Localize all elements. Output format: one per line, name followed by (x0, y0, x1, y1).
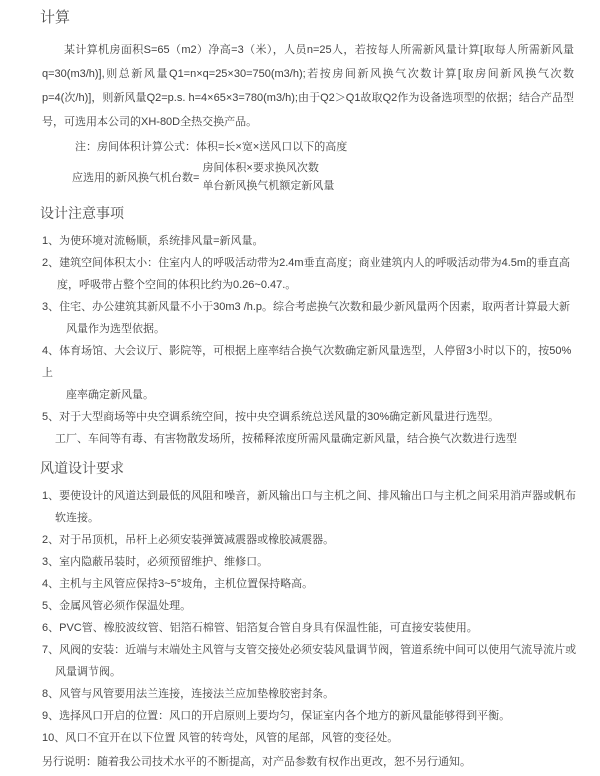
list-item: 7、风阀的安装：近端与末端处主风管与支管交接处必须安装风量调节阀，管道系统中间可… (42, 639, 574, 661)
item-number: 2、 (42, 252, 59, 274)
formula-numerator: 房间体积×要求换风次数 (202, 159, 334, 177)
duct-design-list: 1、要使设计的风道达到最低的风阻和噪音，新风输出口与主机之间、排风输出口与主机之… (42, 485, 574, 749)
list-item: 3、住宅、办公建筑其新风量不小于30m3 /h.p。综合考虑换气次数和最少新风量… (42, 296, 574, 318)
item-number: 8、 (42, 683, 59, 705)
item-text: 选择风口开启的位置：风口的开启原则上要均匀，保证室内各个地方的新风量能够得到平衡… (59, 710, 510, 722)
design-notes-list: 1、为使环境对流畅顺，系统排风量=新风量。2、建筑空间体积太小：住室内人的呼吸活… (42, 230, 574, 450)
item-text: 室内隐蔽吊装时，必须预留维护、维修口。 (59, 556, 268, 568)
formula-denominator: 单台新风换气机额定新风量 (202, 177, 334, 195)
item-text: 住宅、办公建筑其新风量不小于30m3 /h.p。综合考虑换气次数和最少新风量两个… (59, 301, 570, 313)
item-continuation-line: 度，呼吸带占整个空间的体积比约为0.26~0.47.。 (57, 274, 574, 296)
item-continuation-line: 风量调节阀。 (55, 661, 574, 683)
list-item: 2、建筑空间体积太小：住室内人的呼吸活动带为2.4m垂直高度；商业建筑内人的呼吸… (42, 252, 574, 274)
item-continuation-line: 软连接。 (55, 507, 574, 529)
list-item: 4、主机与主风管应保持3~5°坡角，主机位置保持略高。 (42, 573, 574, 595)
item-continuation-line: 上 (42, 362, 574, 384)
formula-label: 应选用的新风换气机台数= (72, 169, 199, 185)
list-item: 5、金属风管必须作保温处理。 (42, 595, 574, 617)
document-page: 计算 某计算机房面积S=65（m2）净高=3（米），人员n=25人，若按每人所需… (0, 0, 600, 776)
list-item: 9、选择风口开启的位置：风口的开启原则上要均匀，保证室内各个地方的新风量能够得到… (42, 705, 574, 727)
list-item: 10、风口不宜开在以下位置 风管的转弯处，风管的尾部，风管的变径处。 (42, 727, 574, 749)
item-text: 体育场馆、大会议厅、影院等，可根据上座率结合换气次数确定新风量选型，人停留3小时… (59, 345, 571, 357)
list-item: 8、风管与风管要用法兰连接，连接法兰应加垫橡胶密封条。 (42, 683, 574, 705)
item-number: 1、 (42, 230, 59, 252)
list-item: 4、体育场馆、大会议厅、影院等，可根据上座率结合换气次数确定新风量选型，人停留3… (42, 340, 574, 362)
volume-formula-note: 注：房间体积计算公式：体积=长×宽×送风口以下的高度 (75, 137, 574, 157)
list-item: 6、PVC管、橡胶波纹管、铝箔石棉管、铝箔复合管自身具有保温性能，可直接安装使用… (42, 617, 574, 639)
formula-fraction: 房间体积×要求换风次数 单台新风换气机额定新风量 (202, 159, 334, 195)
item-text: 风管与风管要用法兰连接，连接法兰应加垫橡胶密封条。 (59, 688, 334, 700)
item-text: 为使环境对流畅顺，系统排风量=新风量。 (59, 235, 263, 247)
item-number: 2、 (42, 529, 59, 551)
item-continuation-line: 风量作为选型依据。 (66, 318, 574, 340)
fan-count-formula: 应选用的新风换气机台数= 房间体积×要求换风次数 单台新风换气机额定新风量 (72, 159, 574, 195)
item-number: 3、 (42, 551, 59, 573)
item-number: 7、 (42, 639, 59, 661)
list-item: 5、对于大型商场等中央空调系统空间，按中央空调系统总送风量的30%确定新风量进行… (42, 406, 574, 428)
item-number: 1、 (42, 485, 59, 507)
item-number: 5、 (42, 595, 59, 617)
calc-paragraph: 某计算机房面积S=65（m2）净高=3（米），人员n=25人，若按每人所需新风量… (42, 38, 574, 134)
item-number: 3、 (42, 296, 59, 318)
duct-design-section-title: 风道设计要求 (40, 458, 574, 478)
disclaimer-note: 另行说明：随着我公司技术水平的不断提高，对产品参数有权作出更改，恕不另行通知。 (42, 751, 574, 773)
item-text: 对于吊顶机，吊杆上必须安装弹簧减震器或橡胶减震器。 (59, 534, 334, 546)
item-text: 要使设计的风道达到最低的风阻和噪音，新风输出口与主机之间、排风输出口与主机之间采… (59, 490, 576, 502)
list-item: 3、室内隐蔽吊装时，必须预留维护、维修口。 (42, 551, 574, 573)
list-item: 1、要使设计的风道达到最低的风阻和噪音，新风输出口与主机之间、排风输出口与主机之… (42, 485, 574, 507)
design-notes-section-title: 设计注意事项 (40, 203, 574, 223)
item-text: PVC管、橡胶波纹管、铝箔石棉管、铝箔复合管自身具有保温性能，可直接安装使用。 (59, 622, 478, 634)
item-continuation-line: 工厂、车间等有毒、有害物散发场所，按稀释浓度所需风量确定新风量，结合换气次数进行… (55, 428, 574, 450)
item-text: 金属风管必须作保温处理。 (59, 600, 191, 612)
item-continuation-line: 座率确定新风量。 (66, 384, 574, 406)
item-text: 风口不宜开在以下位置 风管的转弯处，风管的尾部，风管的变径处。 (65, 732, 398, 744)
item-text: 风阀的安装：近端与末端处主风管与支管交接处必须安装风量调节阀，管道系统中间可以使… (59, 644, 576, 656)
calc-section-title: 计算 (40, 8, 574, 28)
list-item: 1、为使环境对流畅顺，系统排风量=新风量。 (42, 230, 574, 252)
item-number: 10、 (42, 727, 65, 749)
item-number: 4、 (42, 340, 59, 362)
item-text: 建筑空间体积太小：住室内人的呼吸活动带为2.4m垂直高度；商业建筑内人的呼吸活动… (59, 257, 570, 269)
item-number: 5、 (42, 406, 59, 428)
item-number: 9、 (42, 705, 59, 727)
item-text: 主机与主风管应保持3~5°坡角，主机位置保持略高。 (59, 578, 313, 590)
item-text: 对于大型商场等中央空调系统空间，按中央空调系统总送风量的30%确定新风量进行选型… (59, 411, 499, 423)
item-number: 6、 (42, 617, 59, 639)
list-item: 2、对于吊顶机，吊杆上必须安装弹簧减震器或橡胶减震器。 (42, 529, 574, 551)
item-number: 4、 (42, 573, 59, 595)
